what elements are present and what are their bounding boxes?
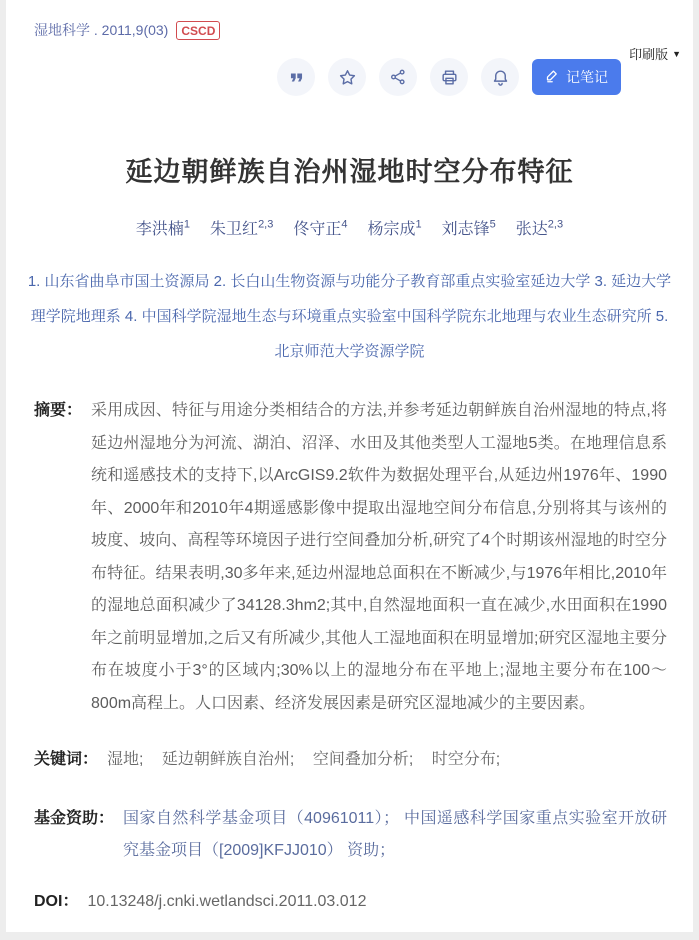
author-link[interactable]: 朱卫红2,3	[210, 216, 273, 239]
keyword-link[interactable]: 空间叠加分析;	[313, 751, 413, 768]
article-page: 湿地科学 . 2011,9(03) CSCD 印刷版 ▼	[6, 0, 693, 932]
author-link[interactable]: 张达2,3	[516, 216, 563, 239]
abstract-section: 摘要： 采用成因、特征与用途分类相结合的方法,并参考延边朝鲜族自治州湿地的特点,…	[34, 395, 667, 720]
keyword-link[interactable]: 湿地;	[107, 751, 143, 768]
journal-source-row: 湿地科学 . 2011,9(03) CSCD	[34, 20, 220, 40]
author-affiliation-sup: 5	[490, 219, 496, 231]
print-button[interactable]	[430, 58, 468, 96]
article-actions: 记笔记	[277, 58, 621, 96]
share-icon	[389, 68, 407, 86]
author-affiliation-sup: 1	[184, 219, 190, 231]
print-edition-dropdown[interactable]: 印刷版 ▼	[629, 44, 681, 63]
doi-section: DOI： 10.13248/j.cnki.wetlandsci.2011.03.…	[34, 890, 667, 914]
print-edition-label: 印刷版	[629, 44, 668, 63]
share-button[interactable]	[379, 58, 417, 96]
star-icon	[338, 68, 357, 87]
funding-links[interactable]: 国家自然科学基金项目（40961011）； 中国遥感科学国家重点实验室开放研究基…	[123, 803, 667, 868]
affiliation-list[interactable]: 1. 山东省曲阜市国土资源局 2. 长白山生物资源与功能分子教育部重点实验室延边…	[22, 264, 678, 369]
doi-value: 10.13248/j.cnki.wetlandsci.2011.03.012	[87, 890, 366, 914]
journal-link[interactable]: 湿地科学 . 2011,9(03)	[34, 20, 168, 40]
author-affiliation-sup: 4	[341, 219, 347, 231]
doi-label: DOI：	[34, 890, 78, 914]
chevron-down-icon: ▼	[672, 49, 681, 59]
printer-icon	[440, 68, 459, 87]
cite-button[interactable]	[277, 58, 315, 96]
author-affiliation-sup: 2,3	[548, 219, 563, 231]
author-affiliation-sup: 2,3	[258, 219, 273, 231]
abstract-text: 采用成因、特征与用途分类相结合的方法,并参考延边朝鲜族自治州湿地的特点,将延边州…	[91, 395, 667, 720]
funding-section: 基金资助： 国家自然科学基金项目（40961011）； 中国遥感科学国家重点实验…	[34, 803, 667, 868]
keywords-list: 湿地; 延边朝鲜族自治州; 空间叠加分析; 时空分布;	[107, 744, 514, 777]
bell-icon	[491, 68, 510, 87]
author-link[interactable]: 李洪楠1	[136, 216, 190, 239]
take-note-button[interactable]: 记笔记	[532, 59, 621, 95]
author-link[interactable]: 杨宗成1	[368, 216, 422, 239]
keyword-link[interactable]: 延边朝鲜族自治州;	[162, 751, 294, 768]
take-note-label: 记笔记	[566, 67, 608, 87]
keywords-section: 关键词： 湿地; 延边朝鲜族自治州; 空间叠加分析; 时空分布;	[34, 744, 667, 777]
favorite-button[interactable]	[328, 58, 366, 96]
cscd-badge: CSCD	[176, 21, 220, 40]
quote-icon	[287, 68, 306, 87]
author-link[interactable]: 佟守正4	[293, 216, 347, 239]
author-affiliation-sup: 1	[416, 219, 422, 231]
author-link[interactable]: 刘志锋5	[442, 216, 496, 239]
alert-button[interactable]	[481, 58, 519, 96]
page-title: 延边朝鲜族自治州湿地时空分布特征	[46, 150, 653, 189]
funding-label: 基金资助：	[34, 803, 114, 836]
pen-icon	[545, 68, 560, 86]
top-toolbar: 湿地科学 . 2011,9(03) CSCD 印刷版 ▼	[6, 0, 693, 104]
keywords-label: 关键词：	[34, 744, 98, 777]
keyword-link[interactable]: 时空分布;	[432, 751, 500, 768]
author-list: 李洪楠1 朱卫红2,3 佟守正4 杨宗成1 刘志锋5 张达2,3	[6, 216, 693, 239]
abstract-label: 摘要：	[34, 395, 82, 428]
